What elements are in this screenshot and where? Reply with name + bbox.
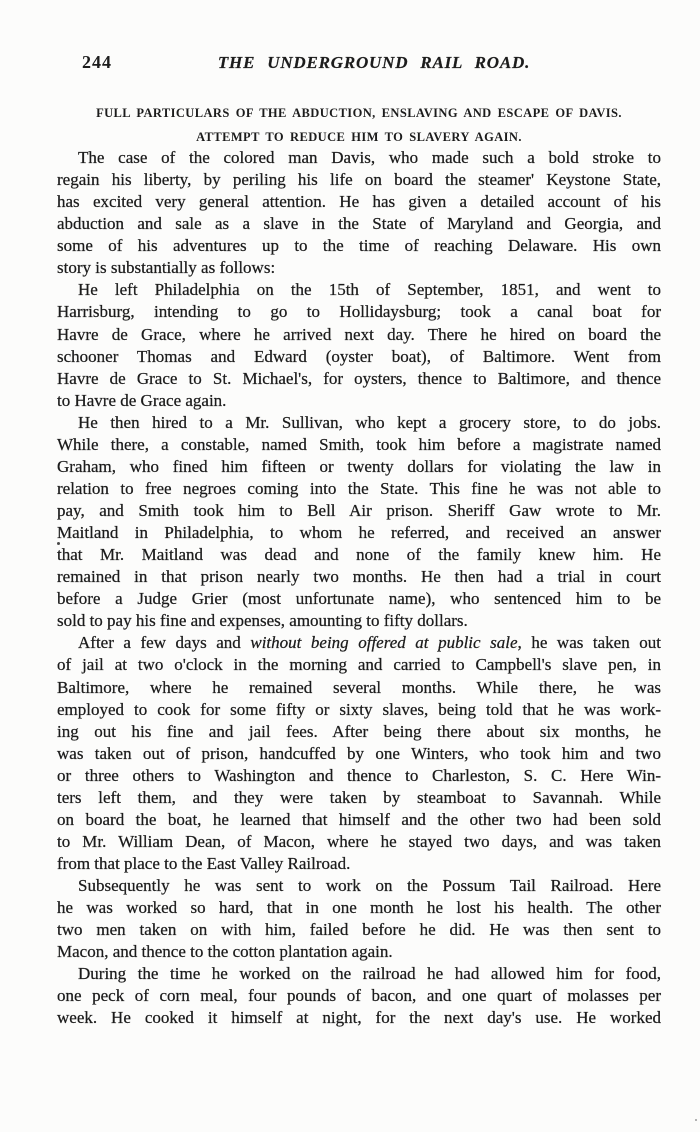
text-line: Baltimore, where he remained several mon… bbox=[57, 677, 661, 699]
text-line: or three others to Washington and thence… bbox=[57, 765, 661, 787]
text-line: ters left them, and they were taken by s… bbox=[57, 787, 661, 809]
scan-artifact-dot bbox=[57, 542, 60, 545]
text-line: remained in that prison nearly two month… bbox=[57, 566, 661, 588]
text-line: he was worked so hard, that in one month… bbox=[57, 897, 661, 919]
text-line: has excited very general attention. He h… bbox=[57, 191, 661, 213]
text-line: The case of the colored man Davis, who m… bbox=[57, 147, 661, 169]
text-line: Subsequently he was sent to work on the … bbox=[57, 875, 661, 897]
text-line: employed to cook for some fifty or sixty… bbox=[57, 699, 661, 721]
text-segment: , he was taken out bbox=[518, 633, 661, 652]
text-line: that Mr. Maitland was dead and none of t… bbox=[57, 544, 661, 566]
text-line: regain his liberty, by periling his life… bbox=[57, 169, 661, 191]
paragraph: He left Philadelphia on the 15th of Sept… bbox=[57, 279, 661, 411]
text-line: schooner Thomas and Edward (oyster boat)… bbox=[57, 346, 661, 368]
text-line: Macon, and thence to the cotton plantati… bbox=[57, 941, 661, 963]
paragraph: The case of the colored man Davis, who m… bbox=[57, 147, 661, 279]
section-heading: FULL PARTICULARS OF THE ABDUCTION, ENSLA… bbox=[57, 102, 661, 149]
text-line: was taken out of prison, handcuffed by o… bbox=[57, 743, 661, 765]
text-line: before a Judge Grier (most unfortunate n… bbox=[57, 588, 661, 610]
text-line: He then hired to a Mr. Sullivan, who kep… bbox=[57, 412, 661, 434]
text-segment: After a few days and bbox=[78, 633, 250, 652]
text-line: He left Philadelphia on the 15th of Sept… bbox=[57, 279, 661, 301]
text-line: some of his adventures up to the time of… bbox=[57, 235, 661, 257]
text-line: Havre de Grace to St. Michael's, for oys… bbox=[57, 368, 661, 390]
section-heading-line-1: FULL PARTICULARS OF THE ABDUCTION, ENSLA… bbox=[57, 102, 661, 126]
text-line: on board the boat, he learned that himse… bbox=[57, 809, 661, 831]
running-title: THE UNDERGROUND RAIL ROAD. bbox=[48, 53, 700, 73]
text-line: one peck of corn meal, four pounds of ba… bbox=[57, 985, 661, 1007]
scan-artifact-dot bbox=[695, 1119, 697, 1121]
text-line: to Mr. William Dean, of Macon, where he … bbox=[57, 831, 661, 853]
body-text: The case of the colored man Davis, who m… bbox=[57, 147, 661, 1030]
text-line: of jail at two o'clock in the morning an… bbox=[57, 654, 661, 676]
paragraph: He then hired to a Mr. Sullivan, who kep… bbox=[57, 412, 661, 633]
text-line: pay, and Smith took him to Bell Air pris… bbox=[57, 500, 661, 522]
paragraph: After a few days and without being offer… bbox=[57, 632, 661, 875]
text-line: sold to pay his fine and expenses, amoun… bbox=[57, 610, 661, 632]
text-line: from that place to the East Valley Railr… bbox=[57, 853, 661, 875]
text-line: While there, a constable, named Smith, t… bbox=[57, 434, 661, 456]
italic-phrase: without being offered at public sale bbox=[250, 633, 517, 652]
text-line: relation to free negroes coming into the… bbox=[57, 478, 661, 500]
text-line: Havre de Grace, where he arrived next da… bbox=[57, 324, 661, 346]
text-line: After a few days and without being offer… bbox=[57, 632, 661, 654]
paragraph: During the time he worked on the railroa… bbox=[57, 963, 661, 1029]
paragraph: Subsequently he was sent to work on the … bbox=[57, 875, 661, 963]
text-line: week. He cooked it himself at night, for… bbox=[57, 1007, 661, 1029]
text-line: Graham, who fined him fifteen or twenty … bbox=[57, 456, 661, 478]
text-line: two men taken on with him, failed before… bbox=[57, 919, 661, 941]
text-line: to Havre de Grace again. bbox=[57, 390, 661, 412]
text-line: story is substantially as follows: bbox=[57, 257, 661, 279]
section-heading-line-2: ATTEMPT TO REDUCE HIM TO SLAVERY AGAIN. bbox=[57, 126, 661, 150]
text-line: abduction and sale as a slave in the Sta… bbox=[57, 213, 661, 235]
text-line: Maitland in Philadelphia, to whom he ref… bbox=[57, 522, 661, 544]
text-line: Harrisburg, intending to go to Hollidays… bbox=[57, 301, 661, 323]
text-line: ing out his fine and jail fees. After be… bbox=[57, 721, 661, 743]
text-line: During the time he worked on the railroa… bbox=[57, 963, 661, 985]
